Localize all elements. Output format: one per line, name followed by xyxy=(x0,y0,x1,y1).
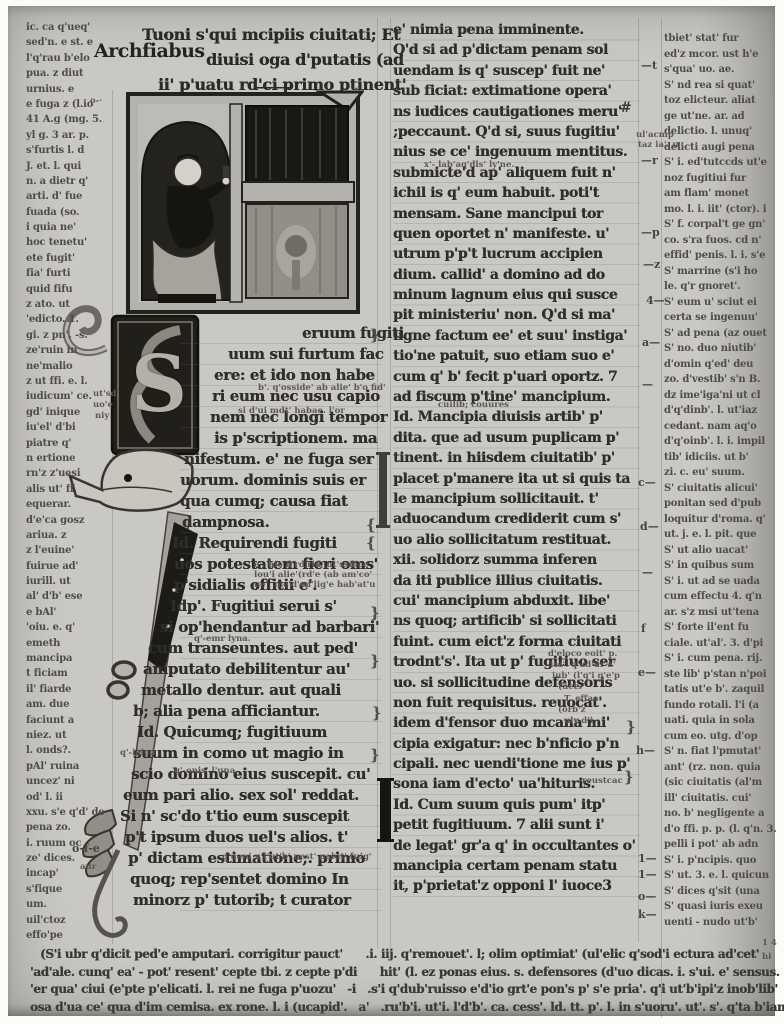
margin-note: k— xyxy=(638,908,657,921)
gloss-line: iurill. ut xyxy=(26,574,116,589)
gloss-line: S' ut. 3. e. l. quicun xyxy=(664,868,782,884)
text-line: scio domino eius suscepit. cu' xyxy=(131,764,382,785)
gloss-line: S' ciuitatis alicui' xyxy=(664,481,782,497)
text-line: it, p'prietat'z opponi l' iuoce3 xyxy=(393,876,640,896)
gloss-line: J. et. l. qui xyxy=(26,159,116,174)
gloss-line: ete fugit' xyxy=(26,251,116,266)
text-line: cum transeuntes. aut ped' xyxy=(148,638,382,659)
text-line: uorum. dominis suis er xyxy=(180,470,382,491)
gloss-line: e bAl' xyxy=(26,605,116,620)
text-line: tinent. in hiisdem ciuitatib' p' xyxy=(393,448,640,468)
text-line: ligne factum ee' et suu' instiga' xyxy=(393,326,640,346)
gloss-line: co. s'ra fuos. cd n' xyxy=(664,233,782,249)
text-line: da iti publice illius ciuitatis. xyxy=(393,571,640,591)
margin-note: q'-iaicd xyxy=(120,748,155,758)
margin-note: } xyxy=(626,718,636,736)
text-line: mensam. Sane mancipui tor xyxy=(393,204,640,224)
gloss-line: i. ruum oc xyxy=(26,836,116,851)
margin-note: (orb'z xyxy=(558,705,586,715)
text-line: de legat' gr'a q' in occultantes o' xyxy=(393,836,640,856)
text-line: uum sui furtum fac xyxy=(228,344,382,365)
margin-note: — xyxy=(642,566,653,579)
gloss-line: fundo rotali. l'i (a xyxy=(664,698,782,714)
gloss-line: S' i. ut ad se uada xyxy=(664,574,782,590)
gloss-line: d'q'oinb'. l. i. impil xyxy=(664,434,782,450)
margin-note: } xyxy=(370,604,380,622)
text-line: amputato debilitentur au' xyxy=(143,659,382,680)
frame-divider xyxy=(230,104,242,302)
text-line: cui' mancipium abduxit. libe' xyxy=(393,591,640,611)
gloss-line: 'er qua' ciui (e'pte p'elicati. l. rei n… xyxy=(30,981,780,999)
text-line: idem d'fensor duo mcana mi' xyxy=(393,713,640,733)
margin-note: ue'. me'd'ed'lig'e hab'at'u xyxy=(254,580,375,590)
gloss-line: pua. z diut xyxy=(26,66,116,81)
gloss-line: am flam' monet xyxy=(664,186,782,202)
margin-note: q'-emr lyna. xyxy=(194,634,251,644)
text-line: sub ficiat: extimatione opera' xyxy=(393,81,640,101)
window-bottom xyxy=(246,204,348,298)
gloss-line: gi. z pn'. -s. xyxy=(26,328,116,343)
gloss-line: il' fiarde xyxy=(26,682,116,697)
ring-clasp xyxy=(113,662,135,678)
gloss-line: z ato. ut xyxy=(26,297,116,312)
gloss-line: 41 A.g (mg. 5. xyxy=(26,112,116,127)
text-line: e' nimia pena imminente. xyxy=(393,20,640,40)
text-line: placet p'manere ita ut si quis ta xyxy=(393,469,640,489)
gloss-line: delicti augi pena xyxy=(664,140,782,156)
margin-note: { xyxy=(366,516,376,534)
gloss-line: S' i. cum pena. rij. xyxy=(664,651,782,667)
text-line: quoq; rep'sentet domino In xyxy=(130,869,382,890)
text-line: pit ministeriu' non. Q'd si ma' xyxy=(393,305,640,325)
text-line: metallo dentur. aut quali xyxy=(141,680,382,701)
gloss-line: ar. s'z msi ut'tena xyxy=(664,605,782,621)
text-line: dampnosa. xyxy=(182,512,382,533)
margin-note: } xyxy=(624,768,634,786)
gloss-line: mancipa xyxy=(26,651,116,666)
gloss-line: zi. c. eu' suum. xyxy=(664,465,782,481)
gloss-line: mo. l. i. iit' (ctor). i xyxy=(664,202,782,218)
gloss-line: ill' ciuitatis. cui' xyxy=(664,791,782,807)
gloss-line: S' n. fiat l'pmutat' xyxy=(664,744,782,760)
margin-note: cuilib; couures xyxy=(438,400,509,410)
gloss-line: um. xyxy=(26,897,116,912)
margin-note: } xyxy=(370,326,380,344)
text-line: ichil is q' eum habuit. poti't xyxy=(393,183,640,203)
gloss-line: n ertione xyxy=(26,451,116,466)
margin-note: hi xyxy=(762,952,771,962)
gloss-line: od' l. ii xyxy=(26,790,116,805)
gloss-line: s'fique xyxy=(26,882,116,897)
margin-note: —t xyxy=(641,59,657,72)
margin-note: } xyxy=(370,746,380,764)
gloss-line: effid' penis. l. i. s'e xyxy=(664,248,782,264)
gloss-line: quid fifu xyxy=(26,282,116,297)
gloss-line: alis ut' ff xyxy=(26,482,116,497)
gloss-line: ze'ruin in xyxy=(26,343,116,358)
ruling-line xyxy=(661,18,662,1018)
margin-note: # xyxy=(620,100,632,116)
gloss-line: ze' dices. xyxy=(26,851,116,866)
gloss-line: cum eo. utg. d'op xyxy=(664,729,782,745)
margin-note: e'. hie d'rd'rid' ut'ssdice' xyxy=(254,560,371,570)
gloss-line: fia' furti xyxy=(26,266,116,281)
gloss-line: ut. j. e. l. pit. que xyxy=(664,527,782,543)
text-line: suum in como ut magio in xyxy=(133,743,382,764)
gloss-line: S' dices q'sit (una xyxy=(664,884,782,900)
margin-note: iub' (l'q'i g'e'p xyxy=(552,671,620,681)
gloss-line: rn'z z'uesi xyxy=(26,466,116,481)
text-line: Id. Quicumq; fugitiuum xyxy=(137,722,382,743)
text-line: petit fugitiuum. 7 alii sunt i' xyxy=(393,815,640,835)
gloss-line: no. b' negligente a xyxy=(664,806,782,822)
margin-note: 1— xyxy=(638,868,657,881)
gloss-line: tatis ut'e b'. zaquil xyxy=(664,682,782,698)
gloss-line: incap' xyxy=(26,866,116,881)
text-line: minum lagnum eius qui susce xyxy=(393,285,640,305)
text-line: uo alio sollicitatum restituat. xyxy=(393,530,640,550)
text-line: uendam is q' suscep' fuit ne' xyxy=(393,61,640,81)
gloss-line: emeth xyxy=(26,636,116,651)
margin-note: 1 4 xyxy=(762,938,777,948)
gloss-line: s'qua' uo. ae. xyxy=(664,62,782,78)
gloss-line: uati. quia in sola xyxy=(664,713,782,729)
gloss-line: pAl' ruina xyxy=(26,759,116,774)
margin-note: } xyxy=(370,652,380,670)
gloss-line: (sic ciuitatis (al'm xyxy=(664,775,782,791)
margin-note: c— xyxy=(638,476,656,489)
gloss-line: t ficiam xyxy=(26,666,116,681)
gloss-line: S' nd rea si quat' xyxy=(664,78,782,94)
gloss-line: osa d'ua ce' qua d'im cemisa. ex rone. l… xyxy=(30,999,780,1017)
margin-note: e— xyxy=(638,666,656,679)
margin-note: b'. q'osside' ab alie' b'o fid' xyxy=(258,383,386,393)
margin-note: o— xyxy=(638,890,656,903)
text-line: minorz p' tutorib; t curator xyxy=(133,890,382,911)
margin-note: si d'ui mdt' habae. l'or xyxy=(238,406,345,416)
miniature-scribe-panel xyxy=(124,88,364,318)
gloss-line: S' forte il'ent fu xyxy=(664,620,782,636)
gloss-line: d'omin q'ed' deu xyxy=(664,357,782,373)
window-top xyxy=(246,106,348,182)
margin-note: o-· xyxy=(90,96,102,106)
margin-note: (ucts' xyxy=(558,682,585,692)
margin-note: x'- lab'aq'dls' ly'ne. xyxy=(424,160,514,170)
gloss-line: xxu. s'e q'd' de xyxy=(26,805,116,820)
text-line: is p'scriptionem. ma xyxy=(214,428,382,449)
text-line: cum q' b' fecit p'uari oportz. 7 xyxy=(393,367,640,387)
gloss-line: d'q'dinb'. l. ut'iaz xyxy=(664,403,782,419)
text-line: dita. que ad usum puplicam p' xyxy=(393,428,640,448)
margin-note: uly d'i xyxy=(564,716,593,726)
gloss-line: equerar. xyxy=(26,497,116,512)
gloss-line: S' no. duo niutib' xyxy=(664,341,782,357)
margin-note: { xyxy=(366,534,376,552)
gloss-line: S' ut alio uacat' xyxy=(664,543,782,559)
gloss-line: ic. ca q'ueq' xyxy=(26,20,116,35)
main-text-right-column: e' nimia pena imminente.Q'd si ad p'dict… xyxy=(393,20,640,897)
margin-note: h— xyxy=(636,744,655,757)
gloss-line: zo. d'vestib' s'n B. xyxy=(664,372,782,388)
gloss-line: ciale. ut'al'. 3. d'pi xyxy=(664,636,782,652)
gloss-line: urnius. e xyxy=(26,82,116,97)
gloss-line: ant' (rz. non. quia xyxy=(664,760,782,776)
gloss-line: S' quasi iuris exeu xyxy=(664,899,782,915)
manuscript-photo: Tuoni s'qui mcipiis ciuitati; Etdiuisi o… xyxy=(0,0,784,1024)
gloss-line: ed'z mcor. ust h'e xyxy=(664,47,782,63)
gloss-line: d'o ffi. p. p. (l. q'n. 3. xyxy=(664,822,782,838)
margin-note: —p xyxy=(641,226,660,239)
margin-note: 1— xyxy=(638,852,657,865)
text-line: nifestum. e' ne fuga ser xyxy=(184,449,382,470)
margin-note: lou'i alie'(rd'e (ab am'co' xyxy=(254,570,372,580)
text-line: xii. solidorz summa inferen xyxy=(393,550,640,570)
gloss-line: 'ad'ale. cunq' ea' - pot' resent' cepte … xyxy=(30,964,780,982)
gloss-line: d'e'ca gosz xyxy=(26,513,116,528)
text-line: ns quoq; artificib' si sollicitati xyxy=(393,611,640,631)
gloss-line: e fuga z (l.io xyxy=(26,97,116,112)
gloss-line: pelli i pot' ab adn xyxy=(664,837,782,853)
pen-initial-I xyxy=(380,778,391,842)
text-line: p't ipsum duos uel's alios. t' xyxy=(125,827,382,848)
margin-note: a— xyxy=(642,336,660,349)
gloss-line: fuirue ad' xyxy=(26,559,116,574)
gloss-line: certa se ingenuu' xyxy=(664,310,782,326)
gloss-line: S' ad pena (az ouet xyxy=(664,326,782,342)
pen-initial-I xyxy=(379,452,387,528)
parchment-page: Tuoni s'qui mcipiis ciuitati; Etdiuisi o… xyxy=(8,6,775,1016)
gloss-line: 'edicto. 1. xyxy=(26,312,116,327)
margin-note: reustcac xyxy=(582,776,623,786)
window-sill xyxy=(242,182,354,202)
gloss-line: iu'el' d'bi xyxy=(26,420,116,435)
text-line: cipia exigatur: nec b'nficio p'n xyxy=(393,734,640,754)
margin-note: ita'. q'ad'ur a' xyxy=(550,660,616,670)
gloss-line: ariua. z xyxy=(26,528,116,543)
gloss-line: z l'euine' xyxy=(26,543,116,558)
text-line: qua cumq; causa fiat xyxy=(180,491,382,512)
margin-note: } xyxy=(372,704,382,722)
text-line: mancipia certam penam statu xyxy=(393,856,640,876)
text-line: non fuit requisitus. reuocat'. xyxy=(393,693,640,713)
text-line: ns iudices cautigationes meru' xyxy=(393,102,640,122)
text-line: Id. Cum suum quis pum' itp' xyxy=(393,795,640,815)
gloss-line: S' marrine (s'i ho xyxy=(664,264,782,280)
margin-note: ——— xyxy=(256,80,289,95)
text-line: le mancipium sollicitauit. t' xyxy=(393,489,640,509)
margin-note: —r xyxy=(641,154,658,167)
gloss-line: 'oiu. e. q' xyxy=(26,620,116,635)
gloss-line: cedant. nam aq'o xyxy=(664,419,782,435)
margin-note: aur xyxy=(80,862,96,872)
scribe-face xyxy=(174,158,202,186)
gloss-line: S' i. p'ncipis. quo xyxy=(664,853,782,869)
gloss-line: tib' idiciis. ut b' xyxy=(664,450,782,466)
text-line: ad fiscum p'tine' mancipium. xyxy=(393,387,640,407)
gloss-line: al' d'b' ese xyxy=(26,589,116,604)
text-line: Q'd si ad p'dictam penam sol xyxy=(393,40,640,60)
gloss-line: ne'malio xyxy=(26,359,116,374)
text-line: Idp'. Fugitiui serui s' xyxy=(170,596,382,617)
gloss-line: hoc tenetu' xyxy=(26,235,116,250)
margin-note: uo'e xyxy=(93,400,113,410)
text-line: utrum p'p't lucrum accipien xyxy=(393,244,640,264)
gloss-line: S' f. corpal't ge gn' xyxy=(664,217,782,233)
gloss-line: i quia ne' xyxy=(26,220,116,235)
gloss-line: piatre q' xyxy=(26,436,116,451)
text-line: cipali. nec uendi'tione me ius p' xyxy=(393,754,640,774)
gloss-line: n. a dietr q' xyxy=(26,174,116,189)
rubric-line: diuisi oga d'putatis (ad xyxy=(206,47,406,72)
gloss-line: ge ut'ne. ar. ad xyxy=(664,109,782,125)
gloss-line: z ut ffi. e. l. xyxy=(26,374,116,389)
text-line: ;peccaunt. Q'd si, suus fugitiu' xyxy=(393,122,640,142)
margin-note: d'eloco eoit' p. xyxy=(548,649,617,659)
gloss-line: dz ime'iga'ni ut cl xyxy=(664,388,782,404)
margin-note: taz ia'. u xyxy=(638,140,679,150)
gloss-line: arti. d' fue xyxy=(26,189,116,204)
gloss-line: fuada (so. xyxy=(26,205,116,220)
gloss-line: ponitan sed d'pub xyxy=(664,496,782,512)
gloss-line: l. onds?. xyxy=(26,743,116,758)
text-line: b; alia pena afficiantur. xyxy=(133,701,382,722)
text-line: tio'ne patuit, suo etiam suo e' xyxy=(393,346,640,366)
margin-note: o-f-e xyxy=(72,842,100,855)
gloss-line: toz elicteur. aliat xyxy=(664,93,782,109)
margin-note: Archfiabus xyxy=(94,40,205,62)
margin-note: —z xyxy=(643,258,660,271)
gloss-line: cum effectu 4. q'n xyxy=(664,589,782,605)
gloss-line: s'furtis l. d xyxy=(26,143,116,158)
gloss-line: pena zo. xyxy=(26,820,116,835)
gloss-line: S' in quibus sum xyxy=(664,558,782,574)
margin-note: f xyxy=(641,622,646,635)
bottom-gloss-block: (S'i ubr q'dicit ped'e amputari. corrigi… xyxy=(30,946,780,1016)
gloss-line: (S'i ubr q'dicit ped'e amputari. corrigi… xyxy=(40,946,780,964)
margin-note: niy xyxy=(95,411,109,421)
left-margin-gloss: ic. ca q'ueq'sed'n. e st. el'q'rau b'elo… xyxy=(26,20,116,943)
text-line: dium. callid' a domino ad do xyxy=(393,265,640,285)
right-margin-gloss: tbiet' stat' fured'z mcor. ust h'es'qua'… xyxy=(664,31,782,930)
margin-note: ul'acmp xyxy=(636,130,674,140)
text-line: Id. Requirendi fugiti xyxy=(172,533,382,554)
gloss-line: ste lib' p'stan n'poi xyxy=(664,667,782,683)
text-line: Id. Mancipia diuisis artib' p' xyxy=(393,407,640,427)
gloss-line: am. due xyxy=(26,697,116,712)
text-line: quen oportet n' manifeste. u' xyxy=(393,224,640,244)
gloss-line: noz fugitiui fur xyxy=(664,171,782,187)
gloss-line: le. q'r gnoret'. xyxy=(664,279,782,295)
gloss-line: tbiet' stat' fur xyxy=(664,31,782,47)
margin-note: q'uani u'l'ut'b' uest' ualut' fuig' xyxy=(222,852,372,862)
gloss-line: niez. ut xyxy=(26,728,116,743)
margin-note: d— xyxy=(640,520,659,533)
gloss-line: S' i. ed'tutccds ut'e xyxy=(664,155,782,171)
margin-note: 4— xyxy=(646,294,665,307)
text-line: Si n' sc'do t'tio eum suscepit xyxy=(120,806,382,827)
margin-note: q'-onis' l'una. xyxy=(174,766,238,776)
gloss-line: effo'pe xyxy=(26,928,116,943)
margin-note: T. effae xyxy=(564,694,598,704)
gloss-line: yl g. 3 ar. p. xyxy=(26,128,116,143)
text-line: aduocandum crediderit cum s' xyxy=(393,509,640,529)
gloss-line: uil'ctoz xyxy=(26,913,116,928)
gloss-line: faciunt a xyxy=(26,713,116,728)
gloss-line: uncez' ni xyxy=(26,774,116,789)
text-line: eum pari alio. sex sol' reddat. xyxy=(123,785,382,806)
gloss-line: S' eum u' sciut ei xyxy=(664,295,782,311)
gloss-line: delictio. l. unuq' xyxy=(664,124,782,140)
gloss-line: loquitur d'roma. q' xyxy=(664,512,782,528)
gloss-line: uenti - nudo ut'b' xyxy=(664,915,782,931)
margin-note: ut'sd xyxy=(93,389,116,399)
margin-note: — xyxy=(642,378,653,391)
